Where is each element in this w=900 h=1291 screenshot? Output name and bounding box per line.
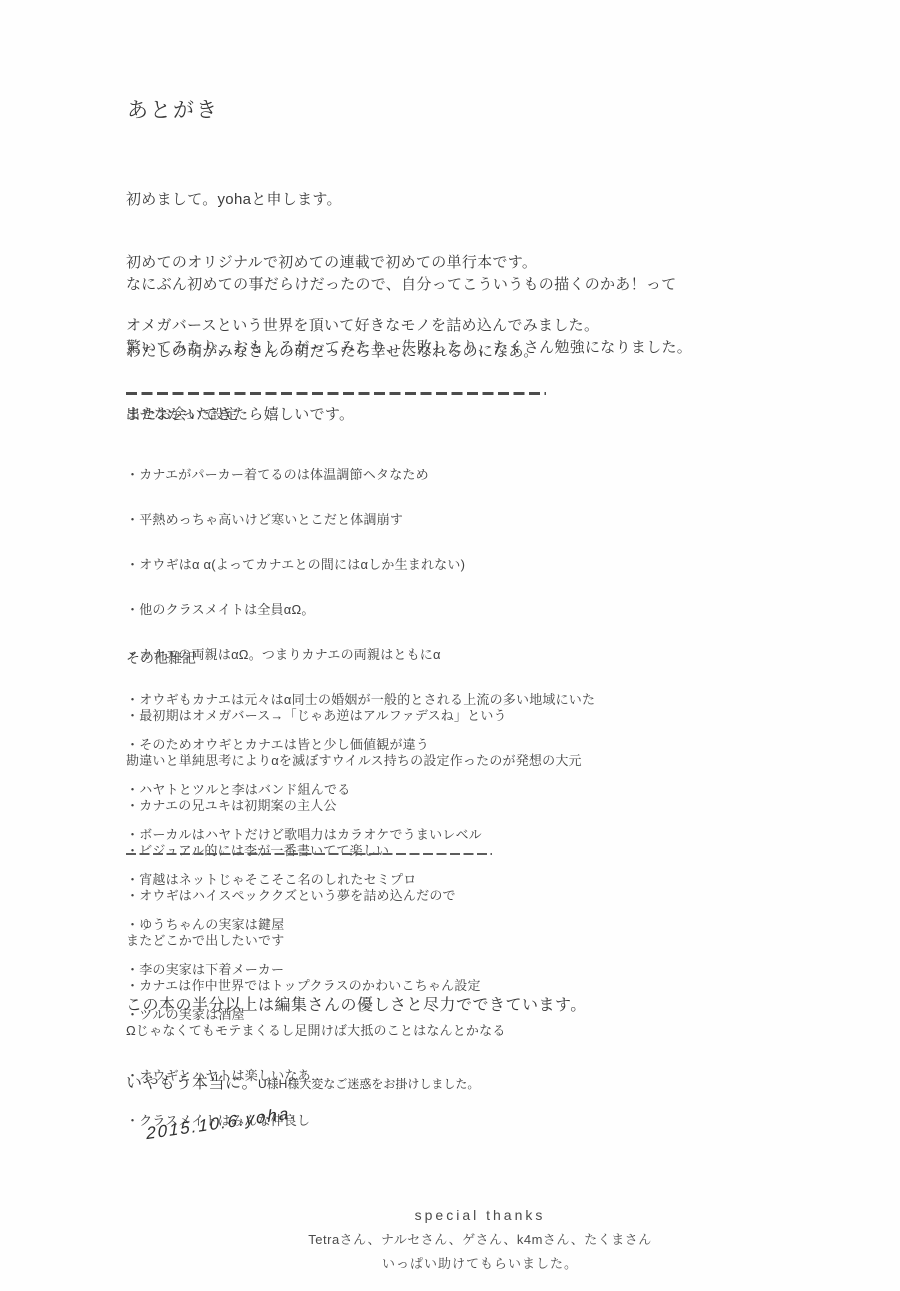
list-item: ・オウギはα α(よってカナエとの間にはαしか生まれない) xyxy=(126,557,595,572)
editor-thanks-large: いやもう本当に。 xyxy=(126,1075,258,1092)
page-title: あとがき xyxy=(127,94,219,124)
list-item: 勘違いと単純思考によりαを滅ぼすウイルス持ちの設定作ったのが発想の大元 xyxy=(126,753,582,768)
list-item: ・カナエの両親はαΩ。つまりカナエの両親はともにα xyxy=(126,647,595,662)
wish-line: わたしの萌がみなさんの萌だったら幸せになれるのになあ。 xyxy=(126,341,539,362)
special-thanks-message: いっぱい助けてもらいました。 xyxy=(250,1253,710,1272)
reflection-line: なにぶん初めての事だらけだったので、自分ってこういうもの描くのかあ！って xyxy=(126,274,692,295)
list-item: ・他のクラスメイトは全員αΩ。 xyxy=(126,602,595,617)
divider-line-bottom xyxy=(126,853,492,855)
divider-line-top xyxy=(126,392,546,395)
list-item: ・オウギはハイスペッククズという夢を詰め込んだので xyxy=(126,888,582,903)
list-item: ・最初期はオメガバース→「じゃあ逆はアルファデスね」という xyxy=(126,708,582,723)
list-item: ・カナエがパーカー着てるのは体温調節ヘタなため xyxy=(126,467,595,482)
afterword-page: あとがき 初めまして。yohaと申します。 初めてのオリジナルで初めての連載で初… xyxy=(0,0,900,1291)
list-item: ・平熱めっちゃ高いけど寒いとこだと体調崩す xyxy=(126,512,595,527)
editor-thanks-line: いやもう本当に。U様H様大変なご迷惑をお掛けしました。 xyxy=(126,1071,587,1097)
list-item: ・カナエの兄ユキは初期案の主人公 xyxy=(126,798,582,813)
editor-thanks-small: U様H様大変なご迷惑をお掛けしました。 xyxy=(258,1077,479,1091)
special-thanks-title: special thanks xyxy=(250,1207,710,1223)
misc-notes-heading: その他雑記 xyxy=(126,648,196,668)
editor-thanks-line: この本の半分以上は編集さんの優しさと尽力でできています。 xyxy=(126,993,587,1019)
special-thanks-names: Tetraさん、ナルセさん、ゲさん、k4mさん、たくまさん xyxy=(250,1229,710,1248)
unused-settings-heading: 出せなかった設定 xyxy=(126,404,238,424)
list-item: ・ビジュアル的には李が一番書いてて楽しい xyxy=(126,843,582,858)
intro-line: 初めまして。yohaと申します。 xyxy=(126,189,599,210)
